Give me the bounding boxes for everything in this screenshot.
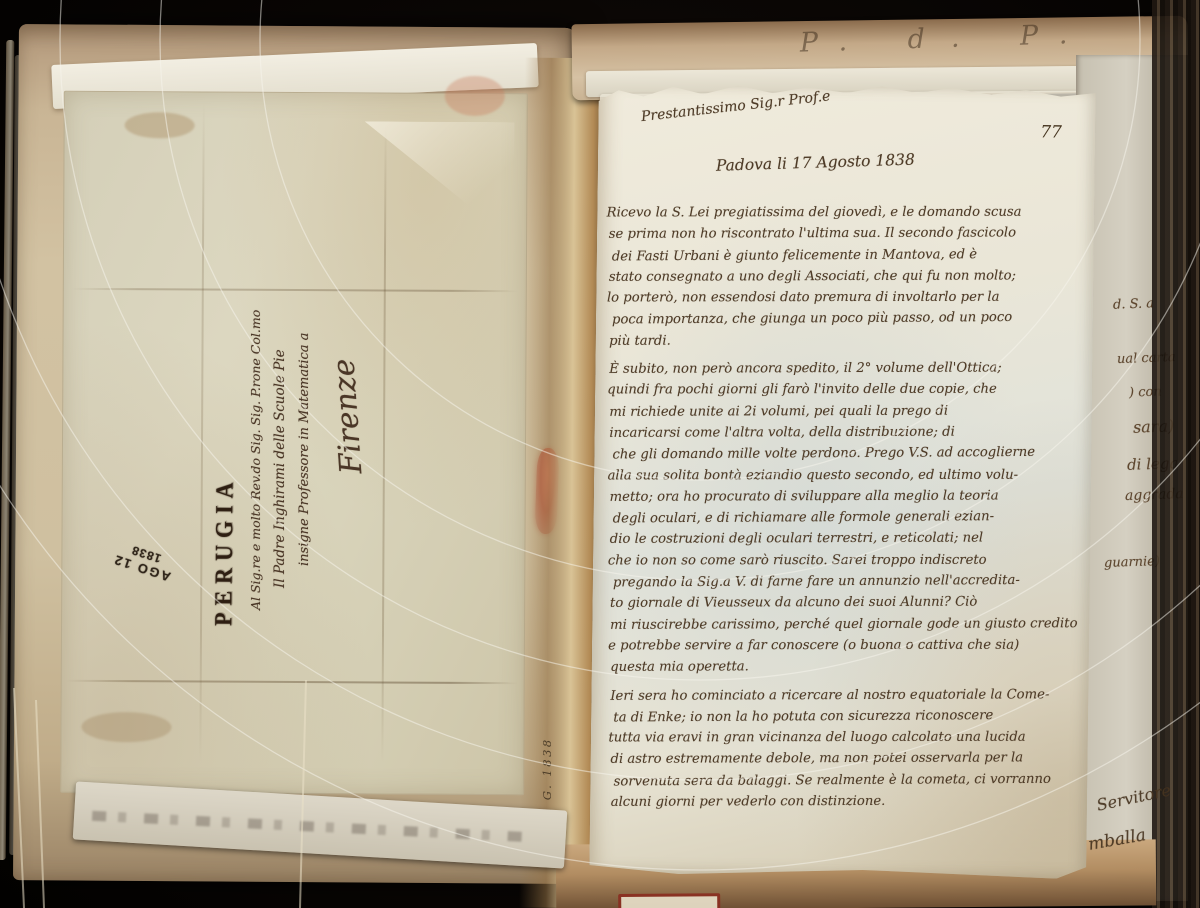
manuscript-line: se prima non ho riscontrato l'ultima sua…: [609, 223, 1079, 246]
salutation: Prestantissimo Sig.r Prof.e: [640, 88, 831, 125]
manuscript-line: sorvenuta sera da balaggi. Se realmente …: [614, 768, 1084, 792]
manuscript-line: di astro estremamente debole, ma non pot…: [611, 748, 1081, 771]
address-line: Il Padre Inghirami delle Scuole Pie: [272, 292, 288, 588]
page-stack-edge: [1152, 0, 1200, 908]
manuscript-line: Ieri sera ho cominciato a ricercare al n…: [610, 684, 1080, 707]
manuscript-line: più tardi.: [609, 329, 1079, 352]
manuscript-line: poca importanza, che giunga un poco più …: [612, 307, 1082, 331]
manuscript-line: degli oculari, e di richiamare alle form…: [613, 506, 1083, 530]
fold-highlight: [364, 121, 515, 242]
destination-city: Firenze: [322, 291, 370, 475]
manuscript-line: to giornale di Vieusseux da alcuno dei s…: [610, 592, 1080, 615]
archival-photo: PERUGIA Al Sig.re e molto Rev.do Sig. Si…: [0, 0, 1200, 908]
manuscript-line: È subito, non però ancora spedito, il 2°…: [609, 357, 1079, 380]
manuscript-line: mi riuscirebbe carissimo, perché quel gi…: [610, 613, 1080, 636]
letter-page: Prestantissimo Sig.r Prof.e 77 Padova li…: [589, 81, 1096, 879]
manuscript-line: ta di Enke; io non la ho potuta con sicu…: [613, 704, 1083, 728]
manuscript-line: tutta via eravi in gran vicinanza del lu…: [608, 727, 1078, 749]
illegible-pencil-marks: [92, 811, 532, 842]
fold-crease: [66, 680, 518, 684]
perugia-postmark: PERUGIA: [209, 292, 241, 626]
address-line: Al Sig.re e molto Rev.do Sig. Sig. P.ron…: [248, 292, 263, 610]
manuscript-line: questa mia operetta.: [610, 655, 1080, 678]
manuscript-line: alcuni giorni per vederlo con distinzion…: [611, 790, 1081, 813]
manuscript-line: stato consegnato a uno degli Associati, …: [609, 265, 1079, 288]
paper-stain: [81, 712, 171, 742]
envelope-address-block: PERUGIA Al Sig.re e molto Rev.do Sig. Si…: [210, 292, 450, 632]
trimmed-writing-fragment: P. d. P.: [799, 18, 1093, 58]
manuscript-line: che gli domando mille volte perdono. Pre…: [612, 442, 1082, 466]
paper-stain: [125, 112, 195, 138]
letter-body: Ricevo la S. Lei pregiatissima del giove…: [609, 201, 1081, 813]
address-line: insigne Professore in Matematica a: [297, 292, 312, 566]
manuscript-line: e potrebbe servire a far conoscere (o bu…: [608, 635, 1078, 657]
manuscript-line: Ricevo la S. Lei pregiatissima del giove…: [607, 202, 1077, 224]
fold-crease: [199, 103, 204, 763]
margin-fragment: d. S. a: [1113, 296, 1155, 312]
manuscript-line: incaricarsi come l'altra volta, della di…: [609, 421, 1079, 444]
manuscript-line: alla sua solita bontà eziandio questo se…: [608, 464, 1078, 486]
red-bordered-label: [618, 893, 720, 908]
paper-stain: [445, 76, 505, 116]
manuscript-line: quindi fra pochi giorni gli farò l'invit…: [607, 379, 1077, 401]
manuscript-line: mi richiede unite ai 2i volumi, pei qual…: [609, 400, 1079, 423]
manuscript-line: dio le costruzioni degli oculari terrest…: [610, 528, 1080, 551]
manuscript-line: lo porterò, non essendosi dato premura d…: [607, 287, 1077, 309]
manuscript-line: metto; ora ho procurato di sviluppare al…: [610, 485, 1080, 508]
folio-number: 77: [1040, 122, 1062, 142]
manuscript-line: che io non so come sarò riuscito. Sarei …: [608, 549, 1078, 571]
dateline: Padova li 17 Agosto 1838: [716, 151, 915, 175]
manuscript-line: dei Fasti Urbani è giunto felicemente in…: [612, 243, 1082, 267]
manuscript-line: pregando la Sig.a V. di farne fare un an…: [613, 570, 1083, 594]
